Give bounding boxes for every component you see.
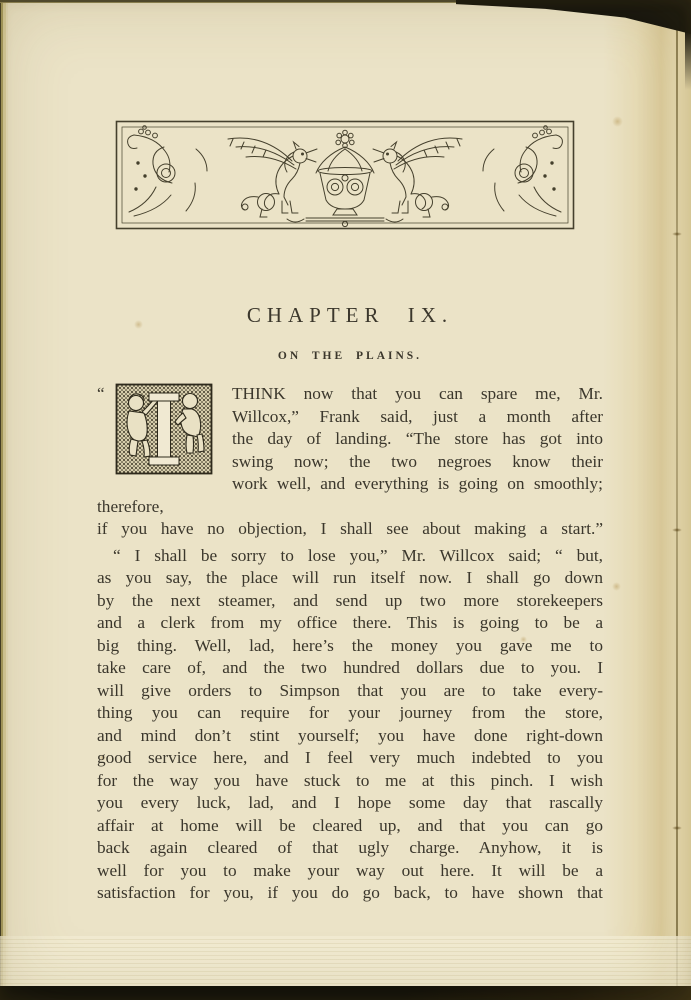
text-line: work well, and everything is going on sm… bbox=[97, 473, 603, 518]
text-line: if you have no objection, I shall see ab… bbox=[97, 518, 603, 541]
text-line: back again cleared of that ugly charge. … bbox=[97, 837, 603, 860]
chapter-title: CHAPTER IX. bbox=[97, 303, 603, 328]
text-line: good service here, and I feel very much … bbox=[97, 747, 603, 770]
drop-cap: “ bbox=[97, 383, 232, 476]
text-line: big thing. Well, lad, here’s the money y… bbox=[97, 635, 603, 658]
text-line: affair at home will be cleared up, and t… bbox=[97, 815, 603, 838]
book-scan: CHAPTER IX. ON THE PLAINS. “ bbox=[0, 0, 691, 1000]
page-edge-right bbox=[685, 0, 691, 90]
binding-edge-bottom bbox=[0, 986, 691, 1000]
text-line: by the next steamer, and send up two mor… bbox=[97, 590, 603, 613]
text-line: “ I shall be sorry to lose you,” Mr. Wil… bbox=[97, 545, 603, 568]
text-line: take care of, and the two hundred dollar… bbox=[97, 657, 603, 680]
header-ornament-icon bbox=[114, 119, 576, 231]
text-line: and a clerk from my office there. This i… bbox=[97, 612, 603, 635]
text-line: thing you can require for your journey f… bbox=[97, 702, 603, 725]
binding-stitch bbox=[672, 826, 682, 830]
text-line: and mind don’t stint yourself; you have … bbox=[97, 725, 603, 748]
page-stack-bottom bbox=[0, 936, 691, 986]
page-text: “ bbox=[97, 383, 603, 905]
text-line: you every luck, lad, and I hope some day… bbox=[97, 792, 603, 815]
chapter-subtitle: ON THE PLAINS. bbox=[97, 350, 603, 362]
text-line: for the way you have stuck to me at this… bbox=[97, 770, 603, 793]
opening-quote: “ bbox=[97, 383, 111, 406]
gutter-crease bbox=[676, 0, 678, 1000]
text-line: satisfaction for you, if you do go back,… bbox=[97, 882, 603, 905]
header-ornament bbox=[114, 119, 576, 231]
drop-cap-initial-icon: I bbox=[115, 383, 213, 475]
text-line: will give orders to Simpson that you are… bbox=[97, 680, 603, 703]
binding-stitch bbox=[672, 528, 682, 532]
text-line: well for you to make your way out here. … bbox=[97, 860, 603, 883]
page-edge-left bbox=[0, 0, 8, 1000]
text-line: as you say, the place will run itself no… bbox=[97, 567, 603, 590]
paragraph: “ I shall be sorry to lose you,” Mr. Wil… bbox=[97, 545, 603, 905]
paragraph: “ bbox=[97, 383, 603, 541]
binding-stitch bbox=[672, 232, 682, 236]
